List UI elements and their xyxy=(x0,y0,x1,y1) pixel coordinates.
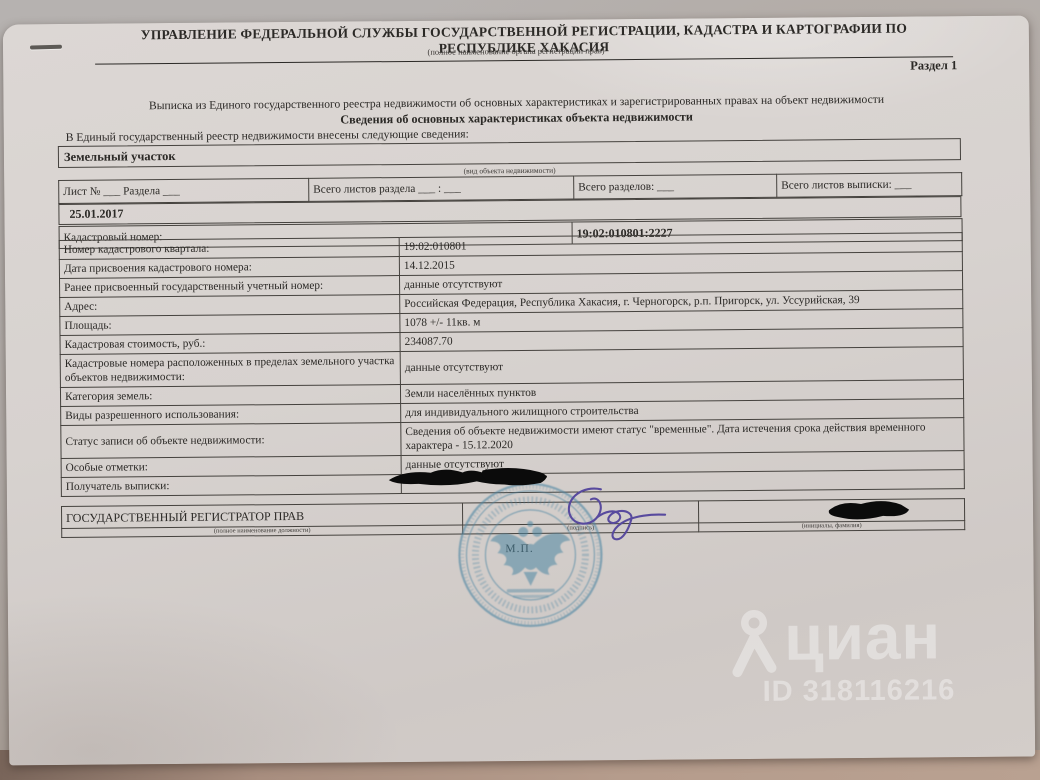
row-value: данные отсутствуют xyxy=(400,347,963,385)
signature-scribble xyxy=(555,481,680,546)
cian-brand-text: циан xyxy=(784,596,942,677)
staple-mark xyxy=(30,45,62,50)
document-sheet: УПРАВЛЕНИЕ ФЕДЕРАЛЬНОЙ СЛУЖБЫ ГОСУДАРСТВ… xyxy=(3,16,1035,766)
row-label: Кадастровые номера расположенных в преде… xyxy=(60,352,400,388)
cian-watermark: циан ID 318116216 xyxy=(718,604,989,716)
row-label: Статус записи об объекте недвижимости: xyxy=(61,423,401,459)
sheet-cell: Всего разделов: ___ xyxy=(574,174,777,199)
row-label: Получатель выписки: xyxy=(61,475,401,497)
listing-id-text: ID 318116216 xyxy=(762,674,955,709)
sheet-cell: Лист № ___ Раздела ___ xyxy=(59,178,309,203)
intro-line: В Единый государственный реестр недвижим… xyxy=(66,127,469,144)
property-details-table: Номер кадастрового квартала:19:02:010801… xyxy=(59,232,965,497)
object-kind-value: Земельный участок xyxy=(64,148,176,164)
section-label: Раздел 1 xyxy=(910,58,957,73)
sheet-cell: Всего листов раздела ___ : ___ xyxy=(309,176,574,201)
redaction-mark xyxy=(825,498,911,526)
cian-pin-icon xyxy=(724,608,785,681)
redaction-mark xyxy=(387,465,553,492)
row-value: Сведения об объекте недвижимости имеют с… xyxy=(401,418,964,456)
sheet-cell: Всего листов выписки: ___ xyxy=(777,173,962,198)
